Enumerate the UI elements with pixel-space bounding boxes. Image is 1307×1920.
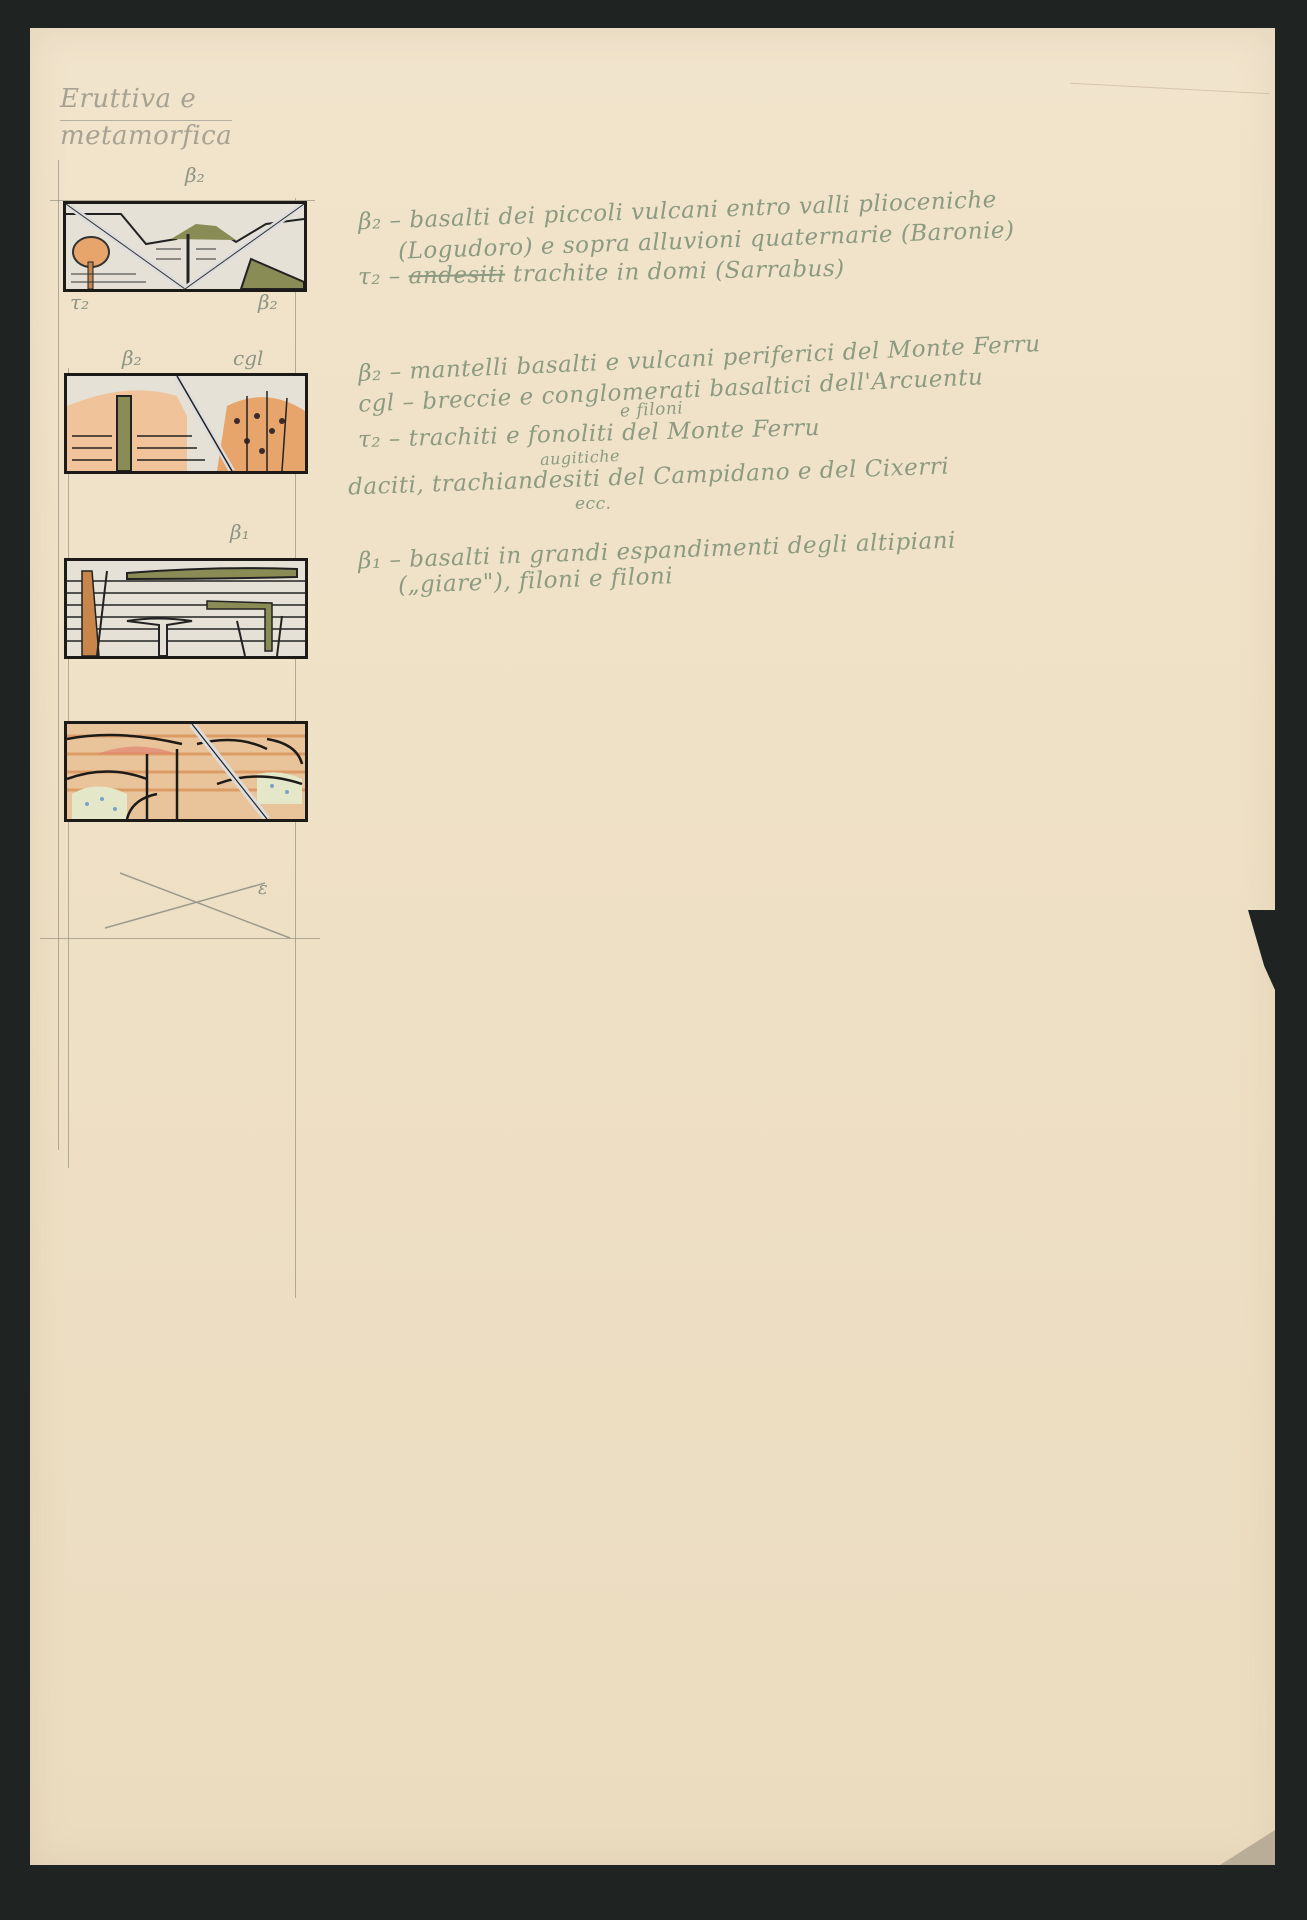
sketch-valley-volcano: [63, 201, 307, 292]
sketch-1-label-top: β₂: [185, 163, 205, 187]
legend-symbol: β₁: [358, 548, 382, 575]
sketch-2-label-left: β₂: [122, 346, 142, 370]
sketch-5-label-side: ε: [258, 878, 268, 899]
sketch-1-label-left: τ₂: [70, 290, 89, 314]
legend-text: trachite in domi (Sarrabus): [513, 256, 845, 288]
sketch-metamorphic: [64, 721, 308, 822]
crossed-out-sketch: [90, 863, 300, 943]
legend-symbol: cgl: [358, 390, 396, 418]
legend-2-suffix: ecc.: [575, 494, 612, 514]
legend-symbol: β₂: [358, 208, 382, 235]
guide-line-left: [58, 160, 59, 1150]
document-page: Eruttiva e metamorfica β₂ τ₂ β₂: [30, 28, 1275, 1865]
struck-word: andesiti: [408, 262, 505, 290]
sketch-1-label-right: β₂: [258, 290, 278, 314]
legend-2-line-4: daciti, trachiandesiti del Campidano e d…: [348, 454, 950, 501]
sketch-plateau-basalts: [64, 558, 308, 659]
legend-text: daciti, trachiandesiti del Campidano e d…: [348, 454, 950, 501]
legend-symbol: τ₂: [358, 426, 382, 453]
legend-symbol: τ₂: [358, 264, 381, 290]
paper-crease: [1070, 83, 1270, 94]
sketch-2-label-right: cgl: [233, 346, 263, 370]
sketch-3-label-top: β₁: [230, 520, 250, 544]
sketch-mantle-breccia: [64, 373, 308, 474]
title-line-1: Eruttiva e: [60, 84, 196, 114]
legend-symbol: β₂: [358, 360, 383, 387]
title-line-2: metamorfica: [60, 120, 232, 151]
